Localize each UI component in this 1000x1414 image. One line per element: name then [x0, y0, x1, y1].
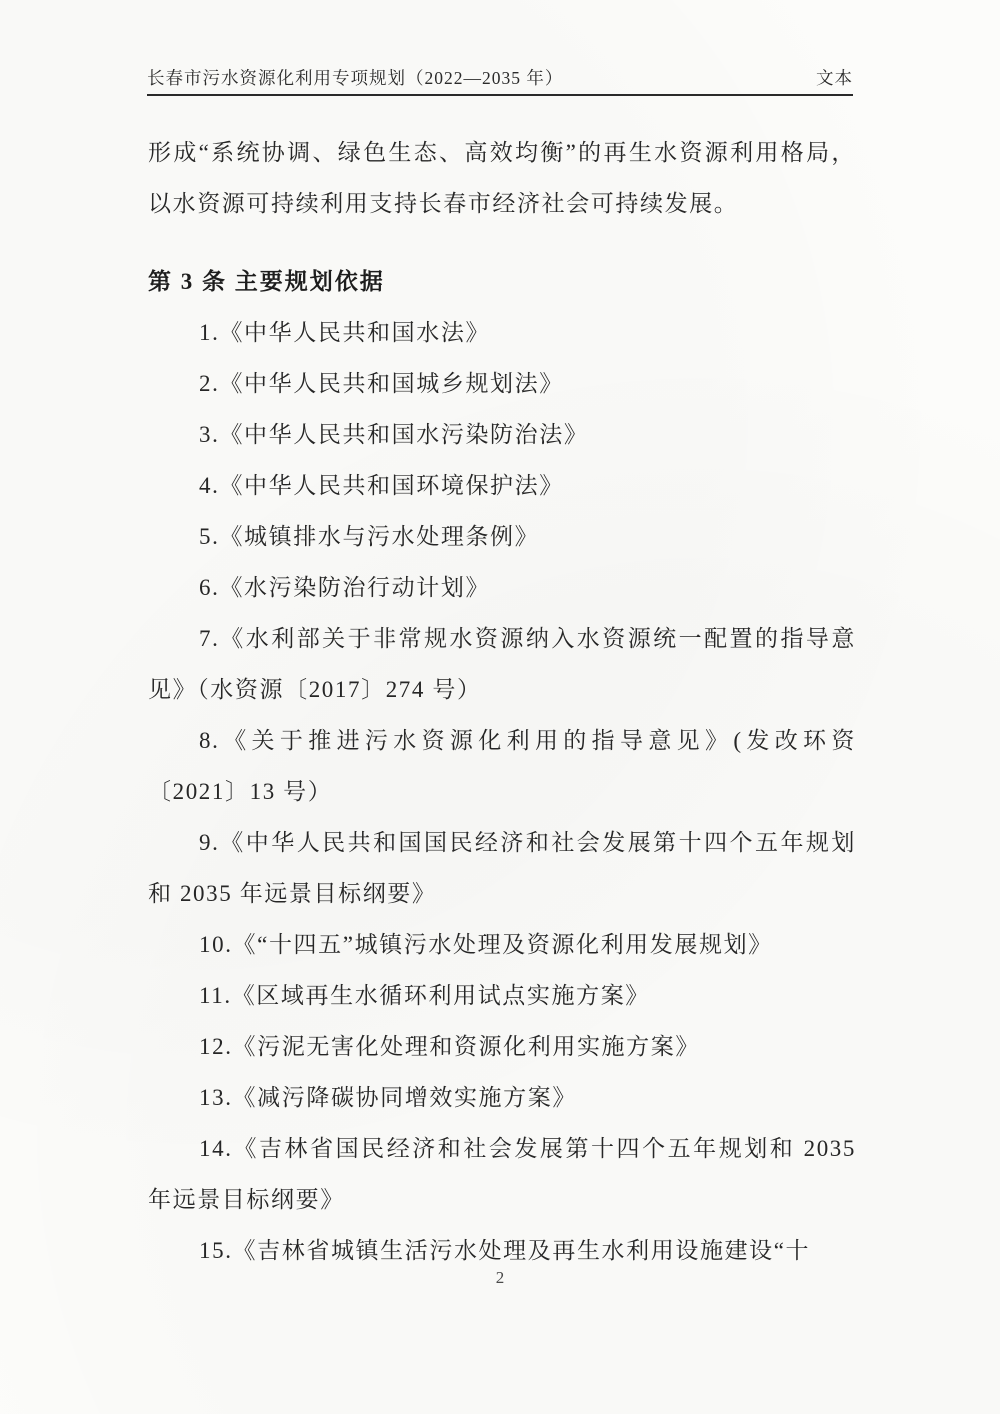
reference-list-item: 7.《水利部关于非常规水资源纳入水资源统一配置的指导意见》（水资源〔2017〕2…	[148, 613, 856, 715]
reference-list-item: 11.《区域再生水循环利用试点实施方案》	[148, 970, 856, 1021]
reference-list: 1.《中华人民共和国水法》 2.《中华人民共和国城乡规划法》 3.《中华人民共和…	[148, 307, 856, 1276]
section-heading: 第 3 条 主要规划依据	[148, 256, 856, 307]
reference-list-item: 4.《中华人民共和国环境保护法》	[148, 460, 856, 511]
reference-list-item: 14.《吉林省国民经济和社会发展第十四个五年规划和 2035 年远景目标纲要》	[148, 1123, 856, 1225]
page-footer: 2	[0, 1268, 1000, 1288]
reference-list-item: 1.《中华人民共和国水法》	[148, 307, 856, 358]
reference-list-item: 8.《关于推进污水资源化利用的指导意见》(发改环资〔2021〕13 号）	[148, 715, 856, 817]
reference-list-item: 2.《中华人民共和国城乡规划法》	[148, 358, 856, 409]
reference-list-item: 10.《“十四五”城镇污水处理及资源化利用发展规划》	[148, 919, 856, 970]
reference-list-item: 5.《城镇排水与污水处理条例》	[148, 511, 856, 562]
content-area: 形成“系统协调、绿色生态、高效均衡”的再生水资源利用格局，以水资源可持续利用支持…	[148, 127, 856, 1276]
page-header: 长春市污水资源化利用专项规划（2022—2035 年） 文本	[147, 68, 853, 96]
reference-list-item: 12.《污泥无害化处理和资源化利用实施方案》	[148, 1021, 856, 1072]
page-number: 2	[496, 1268, 505, 1287]
reference-list-item: 6.《水污染防治行动计划》	[148, 562, 856, 613]
intro-paragraph: 形成“系统协调、绿色生态、高效均衡”的再生水资源利用格局，以水资源可持续利用支持…	[148, 127, 856, 229]
reference-list-item: 9.《中华人民共和国国民经济和社会发展第十四个五年规划和 2035 年远景目标纲…	[148, 817, 856, 919]
header-doc-type-label: 文本	[816, 68, 853, 88]
header-title: 长春市污水资源化利用专项规划（2022—2035 年）	[147, 68, 563, 88]
reference-list-item: 13.《减污降碳协同增效实施方案》	[148, 1072, 856, 1123]
document-page: 长春市污水资源化利用专项规划（2022—2035 年） 文本 形成“系统协调、绿…	[0, 0, 1000, 1414]
reference-list-item: 3.《中华人民共和国水污染防治法》	[148, 409, 856, 460]
